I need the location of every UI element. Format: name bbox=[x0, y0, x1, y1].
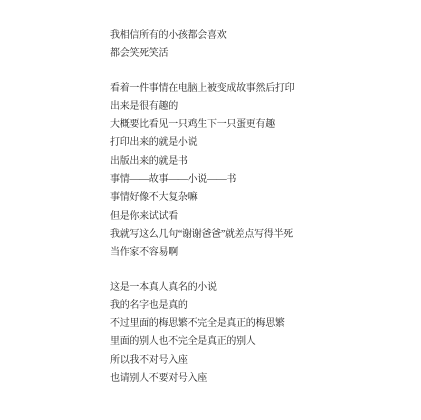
stanza-1: 我相信所有的小孩都会喜欢 都会笑死笑活 bbox=[110, 27, 294, 64]
poem-line: 里面的别人也不完全是真正的别人 bbox=[110, 333, 294, 351]
poem-line: 打印出来的就是小说 bbox=[110, 134, 294, 152]
poem-line: 所以我不对号入座 bbox=[110, 352, 294, 370]
poem-line: 出版出来的就是书 bbox=[110, 153, 294, 171]
poem-line: 事情好像不大复杂嘛 bbox=[110, 189, 294, 207]
poem-line: 看着一件事情在电脑上被变成故事然后打印 bbox=[110, 80, 294, 98]
stanza-2: 看着一件事情在电脑上被变成故事然后打印 出来是很有趣的 大概要比看见一只鸡生下一… bbox=[110, 80, 294, 263]
poem-line: 我就写这么几句“谢谢爸爸”就差点写得半死 bbox=[110, 226, 294, 244]
poem-text-block: 我相信所有的小孩都会喜欢 都会笑死笑活 看着一件事情在电脑上被变成故事然后打印 … bbox=[110, 27, 294, 404]
poem-line: 大概要比看见一只鸡生下一只蛋更有趣 bbox=[110, 116, 294, 134]
stanza-3: 这是一本真人真名的小说 我的名字也是真的 不过里面的梅思繁不完全是真正的梅思繁 … bbox=[110, 279, 294, 389]
book-page: 我相信所有的小孩都会喜欢 都会笑死笑活 看着一件事情在电脑上被变成故事然后打印 … bbox=[0, 0, 421, 420]
poem-line: 也请别人不要对号入座 bbox=[110, 370, 294, 388]
poem-line: 这是一本真人真名的小说 bbox=[110, 279, 294, 297]
poem-line: 我的名字也是真的 bbox=[110, 297, 294, 315]
poem-line: 但是你来试试看 bbox=[110, 208, 294, 226]
poem-line: 都会笑死笑活 bbox=[110, 45, 294, 63]
poem-line: 当作家不容易啊 bbox=[110, 244, 294, 262]
poem-line: 出来是很有趣的 bbox=[110, 98, 294, 116]
poem-line: 我相信所有的小孩都会喜欢 bbox=[110, 27, 294, 45]
poem-line: 不过里面的梅思繁不完全是真正的梅思繁 bbox=[110, 315, 294, 333]
poem-line: 事情——故事——小说——书 bbox=[110, 171, 294, 189]
